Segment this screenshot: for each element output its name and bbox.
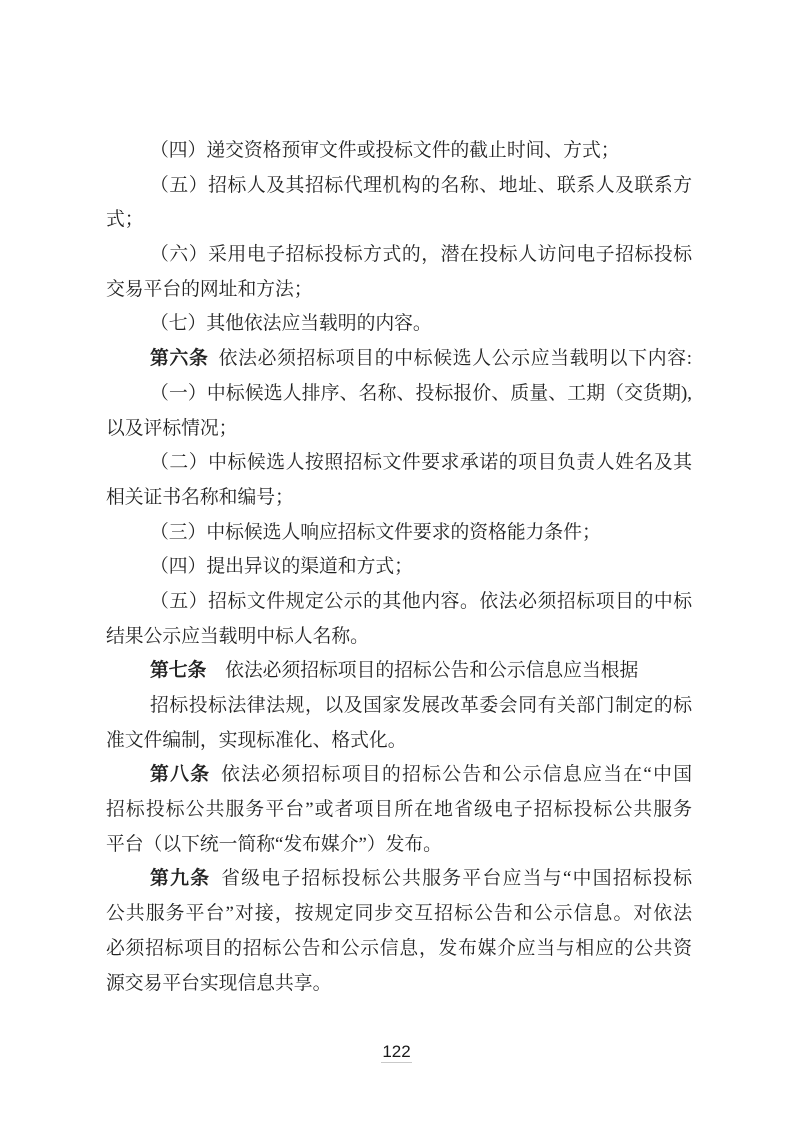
text-segment: 依法必须招标项目的中标候选人公示应当载明以下内容:: [209, 348, 692, 369]
article-number: 第八条: [150, 764, 210, 785]
text-segment: （五）招标人及其招标代理机构的名称、地址、联系人及联系方: [150, 175, 692, 196]
text-segment: （六）采用电子招标投标方式的，潜在投标人访问电子招标投标: [150, 244, 692, 265]
text-line: （四）提出异议的渠道和方式；: [106, 550, 692, 585]
article-number: 第九条: [150, 868, 210, 889]
text-segment: 结果公示应当载明中标人名称。: [106, 626, 369, 647]
text-segment: 公共服务平台”对接，按规定同步交互招标公告和公示信息。对依法: [106, 903, 692, 924]
text-segment: （五）招标文件规定公示的其他内容。依法必须招标项目的中标: [150, 591, 692, 612]
text-segment: 准文件编制，实现标准化、格式化。: [106, 730, 407, 751]
article-number: 第七条: [150, 660, 206, 681]
text-line: 第八条 依法必须招标项目的招标公告和公示信息应当在“中国: [106, 758, 692, 793]
text-segment: 交易平台的网址和方法；: [106, 279, 313, 300]
text-segment: 源交易平台实现信息共享。: [106, 973, 331, 994]
text-line: 结果公示应当载明中标人名称。: [106, 620, 692, 655]
text-line: （五）招标文件规定公示的其他内容。依法必须招标项目的中标: [106, 585, 692, 620]
text-segment: 平台（以下统一简称“发布媒介”）发布。: [106, 834, 442, 855]
text-line: （三）中标候选人响应招标文件要求的资格能力条件；: [106, 516, 692, 551]
text-segment: 以及评标情况；: [106, 418, 237, 439]
document-page: （四）递交资格预审文件或投标文件的截止时间、方式；（五）招标人及其招标代理机构的…: [0, 0, 793, 1122]
text-line: （二）中标候选人按照招标文件要求承诺的项目负责人姓名及其: [106, 446, 692, 481]
text-segment: （四）递交资格预审文件或投标文件的截止时间、方式；: [150, 140, 620, 161]
text-segment: （二）中标候选人按照招标文件要求承诺的项目负责人姓名及其: [150, 452, 692, 473]
text-line: 公共服务平台”对接，按规定同步交互招标公告和公示信息。对依法: [106, 897, 692, 932]
text-line: 平台（以下统一简称“发布媒介”）发布。: [106, 828, 692, 863]
text-line: 准文件编制，实现标准化、格式化。: [106, 724, 692, 759]
text-line: 招标投标公共服务平台”或者项目所在地省级电子招标投标公共服务: [106, 793, 692, 828]
text-segment: 招标投标法律法规，以及国家发展改革委会同有关部门制定的标: [150, 695, 692, 716]
text-segment: 相关证书名称和编号；: [106, 487, 294, 508]
text-segment: 必须招标项目的招标公告和公示信息，发布媒介应当与相应的公共资: [106, 938, 692, 959]
text-line: 第六条 依法必须招标项目的中标候选人公示应当载明以下内容:: [106, 342, 692, 377]
text-segment: 依法必须招标项目的招标公告和公示信息应当根据: [206, 660, 638, 681]
text-line: （五）招标人及其招标代理机构的名称、地址、联系人及联系方: [106, 169, 692, 204]
text-line: （四）递交资格预审文件或投标文件的截止时间、方式；: [106, 134, 692, 169]
document-body: （四）递交资格预审文件或投标文件的截止时间、方式；（五）招标人及其招标代理机构的…: [106, 134, 692, 1001]
text-segment: （四）提出异议的渠道和方式；: [150, 556, 413, 577]
page-number-footer: 122: [0, 1042, 793, 1063]
text-segment: （三）中标候选人响应招标文件要求的资格能力条件；: [150, 522, 601, 543]
text-line: 第九条 省级电子招标投标公共服务平台应当与“中国招标投标: [106, 862, 692, 897]
text-line: 必须招标项目的招标公告和公示信息，发布媒介应当与相应的公共资: [106, 932, 692, 967]
text-line: 交易平台的网址和方法；: [106, 273, 692, 308]
text-line: 第七条 依法必须招标项目的招标公告和公示信息应当根据: [106, 654, 692, 689]
text-line: 源交易平台实现信息共享。: [106, 967, 692, 1002]
text-line: 式；: [106, 203, 692, 238]
article-number: 第六条: [150, 348, 209, 369]
text-segment: 招标投标公共服务平台”或者项目所在地省级电子招标投标公共服务: [106, 799, 692, 820]
text-segment: （一）中标候选人排序、名称、投标报价、质量、工期（交货期),: [150, 383, 692, 404]
text-segment: （七）其他依法应当载明的内容。: [150, 313, 432, 334]
text-line: 相关证书名称和编号；: [106, 481, 692, 516]
text-line: （七）其他依法应当载明的内容。: [106, 307, 692, 342]
text-line: （一）中标候选人排序、名称、投标报价、质量、工期（交货期),: [106, 377, 692, 412]
text-segment: 省级电子招标投标公共服务平台应当与“中国招标投标: [210, 868, 692, 889]
text-line: 以及评标情况；: [106, 412, 692, 447]
text-segment: 式；: [106, 209, 144, 230]
page-number: 122: [381, 1042, 411, 1063]
text-line: （六）采用电子招标投标方式的，潜在投标人访问电子招标投标: [106, 238, 692, 273]
text-segment: 依法必须招标项目的招标公告和公示信息应当在“中国: [210, 764, 692, 785]
text-line: 招标投标法律法规，以及国家发展改革委会同有关部门制定的标: [106, 689, 692, 724]
